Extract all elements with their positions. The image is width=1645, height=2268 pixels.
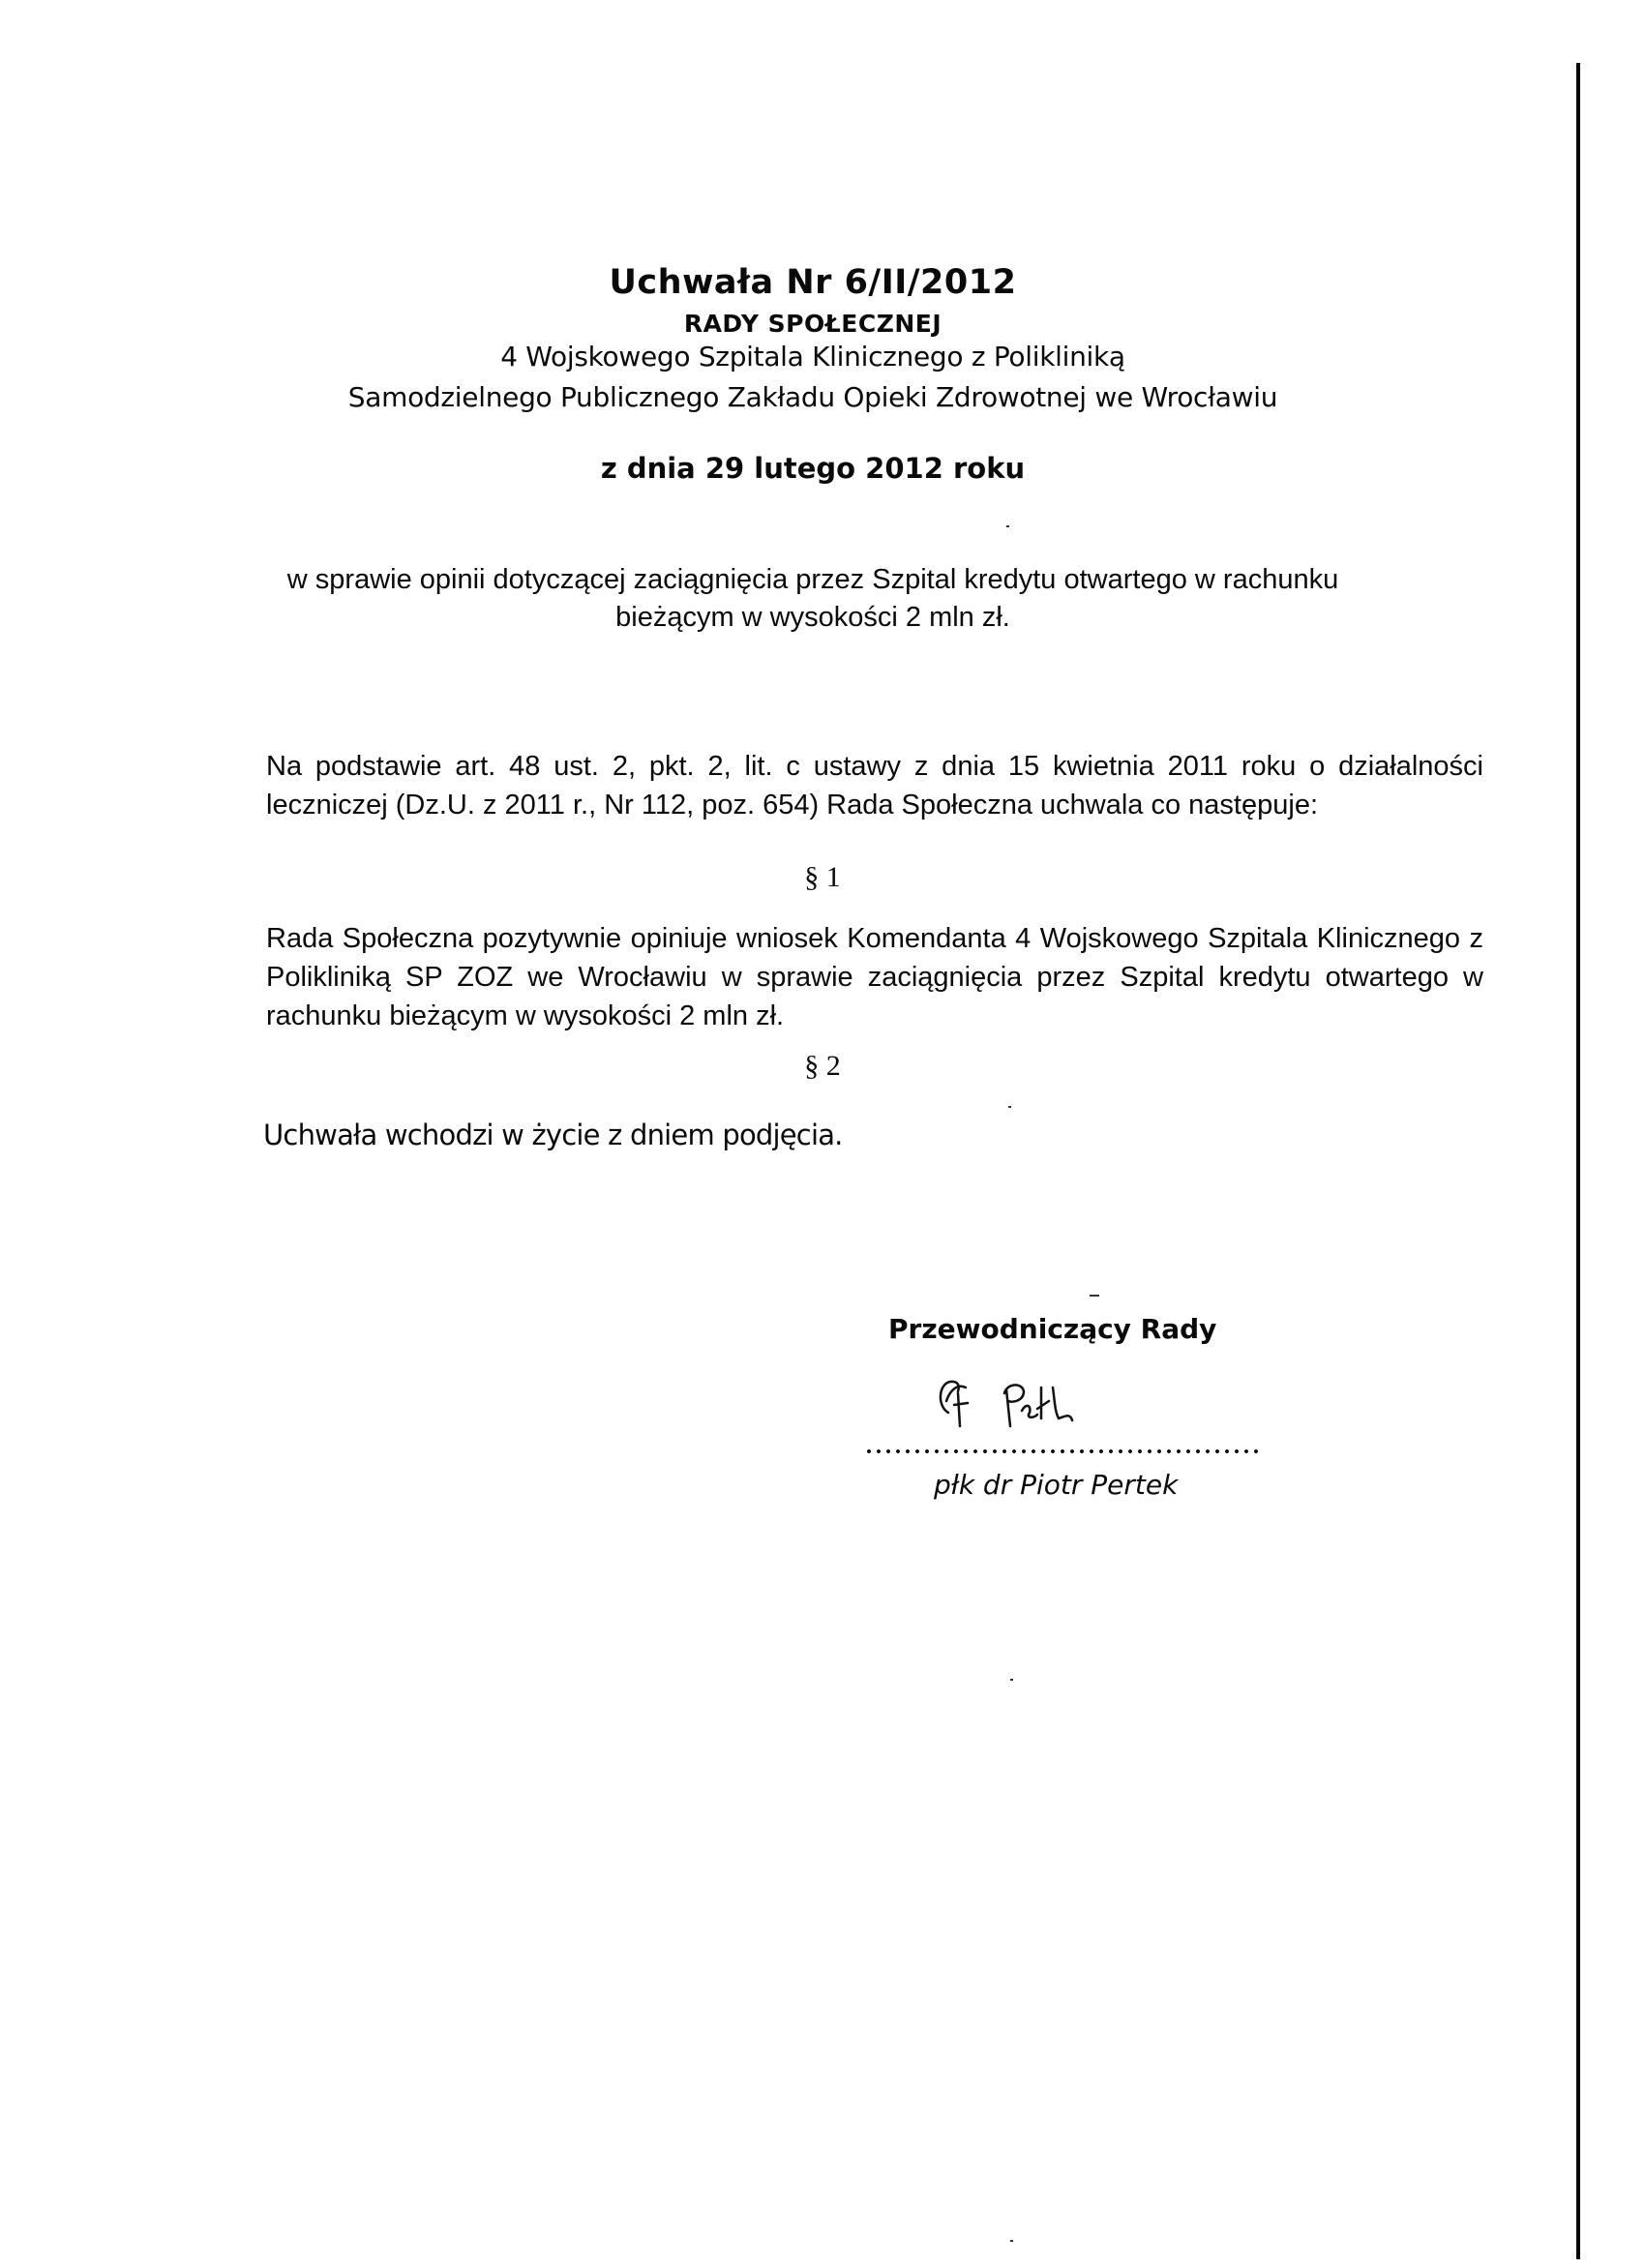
legal-basis-paragraph: Na podstawie art. 48 ust. 2, pkt. 2, lit… [266,747,1483,824]
scan-edge-line [1576,63,1580,2259]
scan-speck [1008,1106,1011,1108]
signatory-name: płk dr Piotr Pertek [934,1469,1178,1501]
scan-speck [1090,1295,1099,1297]
scan-speck [1010,1679,1013,1681]
section-1-heading: § 1 [0,861,1645,894]
institution-line-2: Samodzielnego Publicznego Zakładu Opieki… [0,381,1635,413]
institution-line-1: 4 Wojskowego Szpitala Klinicznego z Poli… [0,341,1635,373]
subject-line-1: w sprawie opinii dotyczącej zaciągnięcia… [0,564,1635,596]
resolution-title: Uchwała Nr 6/II/2012 [0,263,1635,302]
subject-line-2: bieżącym w wysokości 2 mln zł. [0,602,1635,634]
resolution-date: z dnia 29 lutego 2012 roku [0,452,1635,485]
signature-line [864,1448,1261,1454]
council-name: RADY SPOŁECZNEJ [0,310,1635,338]
signature-role: Przewodniczący Rady [888,1313,1216,1345]
section-1-text: Rada Społeczna pozytywnie opiniuje wnios… [266,919,1483,1035]
handwritten-signature [929,1372,1122,1440]
scan-speck [1006,525,1009,527]
section-2-text: Uchwała wchodzi w życie z dniem podjęcia… [263,1119,843,1151]
section-2-heading: § 2 [0,1050,1645,1083]
scan-speck [1010,2240,1013,2242]
